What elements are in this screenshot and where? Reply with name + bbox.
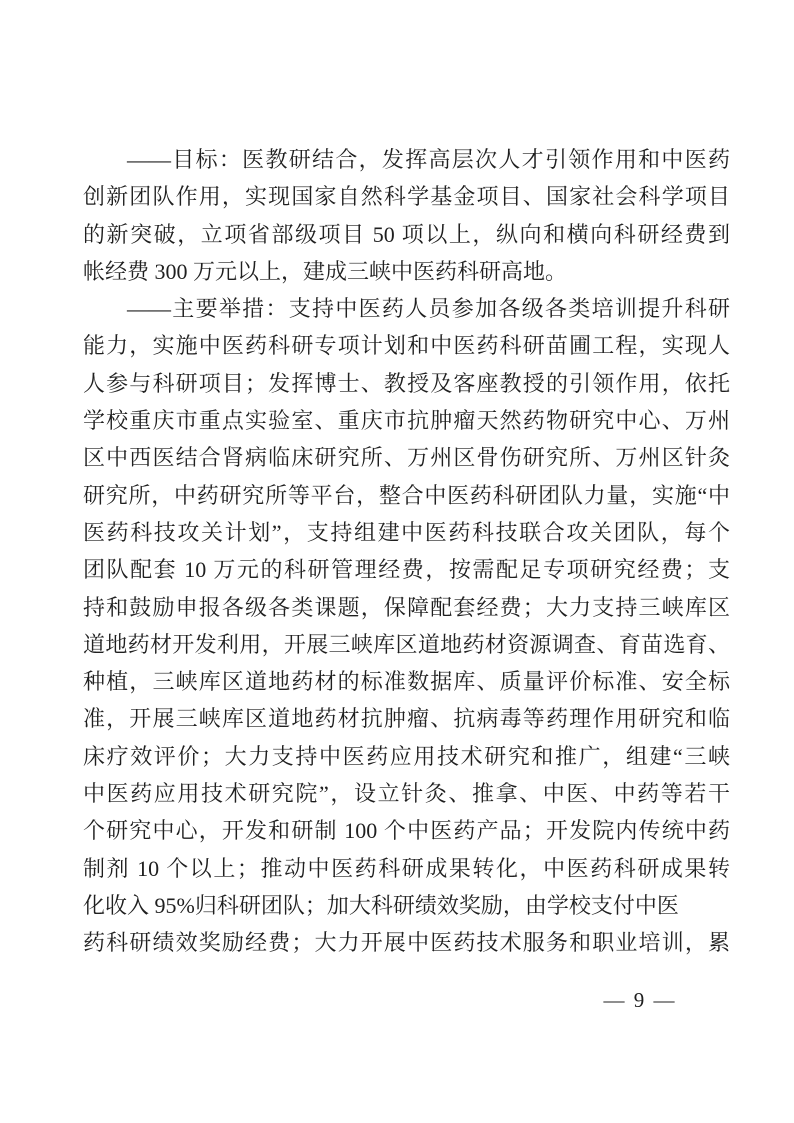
text-line: ——主要举措：支持中医药人员参加各级各类培训提升科研 bbox=[83, 290, 730, 327]
text-line: 的新突破，立项省部级项目 50 项以上，纵向和横向科研经费到 bbox=[83, 216, 730, 253]
document-body: ——目标：医教研结合，发挥高层次人才引领作用和中医药创新团队作用，实现国家自然科… bbox=[83, 141, 730, 962]
text-line: 道地药材开发利用，开展三峡库区道地药材资源调查、育苗选育、 bbox=[83, 626, 730, 663]
document-page: ——目标：医教研结合，发挥高层次人才引领作用和中医药创新团队作用，实现国家自然科… bbox=[0, 0, 794, 1123]
page-footer: — 9 — bbox=[595, 988, 685, 1013]
text-line: 研究所，中药研究所等平台，整合中医药科研团队力量，实施“中 bbox=[83, 477, 730, 514]
paragraph-goals: ——目标：医教研结合，发挥高层次人才引领作用和中医药创新团队作用，实现国家自然科… bbox=[83, 141, 730, 290]
text-line: 制剂 10 个以上；推动中医药科研成果转化，中医药科研成果转 bbox=[83, 850, 730, 887]
text-line: 医药科技攻关计划”，支持组建中医药科技联合攻关团队，每个 bbox=[83, 514, 730, 551]
text-line: 人参与科研项目；发挥博士、教授及客座教授的引领作用，依托 bbox=[83, 365, 730, 402]
text-line: 药科研绩效奖励经费；大力开展中医药技术服务和职业培训，累 bbox=[83, 924, 730, 961]
text-line: 区中西医结合肾病临床研究所、万州区骨伤研究所、万州区针灸 bbox=[83, 439, 730, 476]
text-line: 能力，实施中医药科研专项计划和中医药科研苗圃工程，实现人 bbox=[83, 327, 730, 364]
text-line: ——目标：医教研结合，发挥高层次人才引领作用和中医药 bbox=[83, 141, 730, 178]
text-line: 持和鼓励申报各级各类课题，保障配套经费；大力支持三峡库区 bbox=[83, 589, 730, 626]
text-line: 团队配套 10 万元的科研管理经费，按需配足专项研究经费；支 bbox=[83, 551, 730, 588]
text-line: 化收入 95%归科研团队；加大科研绩效奖励，由学校支付中医 bbox=[83, 887, 730, 924]
text-line: 个研究中心，开发和研制 100 个中医药产品；开发院内传统中药 bbox=[83, 812, 730, 849]
page-number: — 9 — bbox=[604, 988, 677, 1012]
text-line: 学校重庆市重点实验室、重庆市抗肿瘤天然药物研究中心、万州 bbox=[83, 402, 730, 439]
text-line: 准，开展三峡库区道地药材抗肿瘤、抗病毒等药理作用研究和临 bbox=[83, 700, 730, 737]
text-line: 帐经费 300 万元以上，建成三峡中医药科研高地。 bbox=[83, 253, 730, 290]
text-line: 床疗效评价；大力支持中医药应用技术研究和推广，组建“三峡 bbox=[83, 738, 730, 775]
paragraph-main-measures: ——主要举措：支持中医药人员参加各级各类培训提升科研能力，实施中医药科研专项计划… bbox=[83, 290, 730, 961]
text-line: 创新团队作用，实现国家自然科学基金项目、国家社会科学项目 bbox=[83, 178, 730, 215]
text-line: 中医药应用技术研究院”，设立针灸、推拿、中医、中药等若干 bbox=[83, 775, 730, 812]
text-line: 种植，三峡库区道地药材的标准数据库、质量评价标准、安全标 bbox=[83, 663, 730, 700]
